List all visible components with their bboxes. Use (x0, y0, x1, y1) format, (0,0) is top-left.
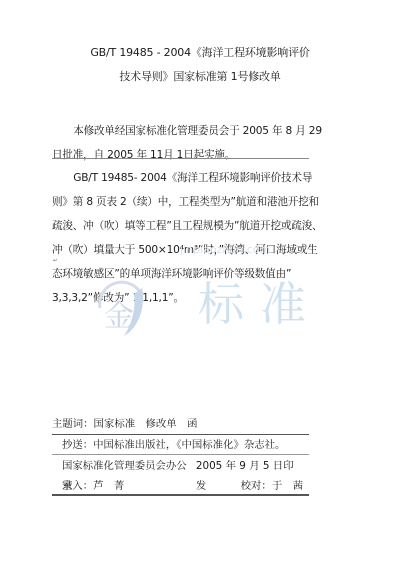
jin-logo-icon: 金 (90, 278, 150, 338)
issuer: 国家标准化管理委员会办公室 (62, 456, 196, 476)
entry-by: 录入：芦 菁 (62, 476, 124, 494)
document-page: GB/T 19485 - 2004《海洋工程环境影响评价 技术导则》国家标准第 … (0, 0, 400, 566)
approval-paragraph: 本修改单经国家标准化管理委员会于 2005 年 8 月 29 日批准，自 200… (52, 119, 324, 167)
document-title-line1: GB/T 19485 - 2004《海洋工程环境影响评价 (0, 44, 400, 60)
divider (52, 158, 309, 159)
proofread-by: 校对：于 茜 (241, 476, 303, 494)
cc-row: 抄送：中国标准出版社，《中国标准化》杂志社。 (52, 435, 309, 455)
document-title-line2: 技术导则》国家标准第 1号修改单 (0, 68, 400, 84)
watermark-text: 标准 (198, 268, 322, 334)
issuer-row: 国家标准化管理委员会办公室 2005 年 9 月 5 日印发 (52, 456, 309, 476)
keywords-row: 主题词：国家标准 修改单 函 (52, 414, 309, 435)
watermark-url: jinbiaozhun.com (180, 243, 270, 256)
issue-date: 2005 年 9 月 5 日印发 (196, 456, 303, 476)
entry-row: 录入：芦 菁 校对：于 茜 (52, 476, 309, 496)
paragraph-mark: ↵ (53, 258, 57, 264)
svg-text:金: 金 (104, 299, 134, 334)
